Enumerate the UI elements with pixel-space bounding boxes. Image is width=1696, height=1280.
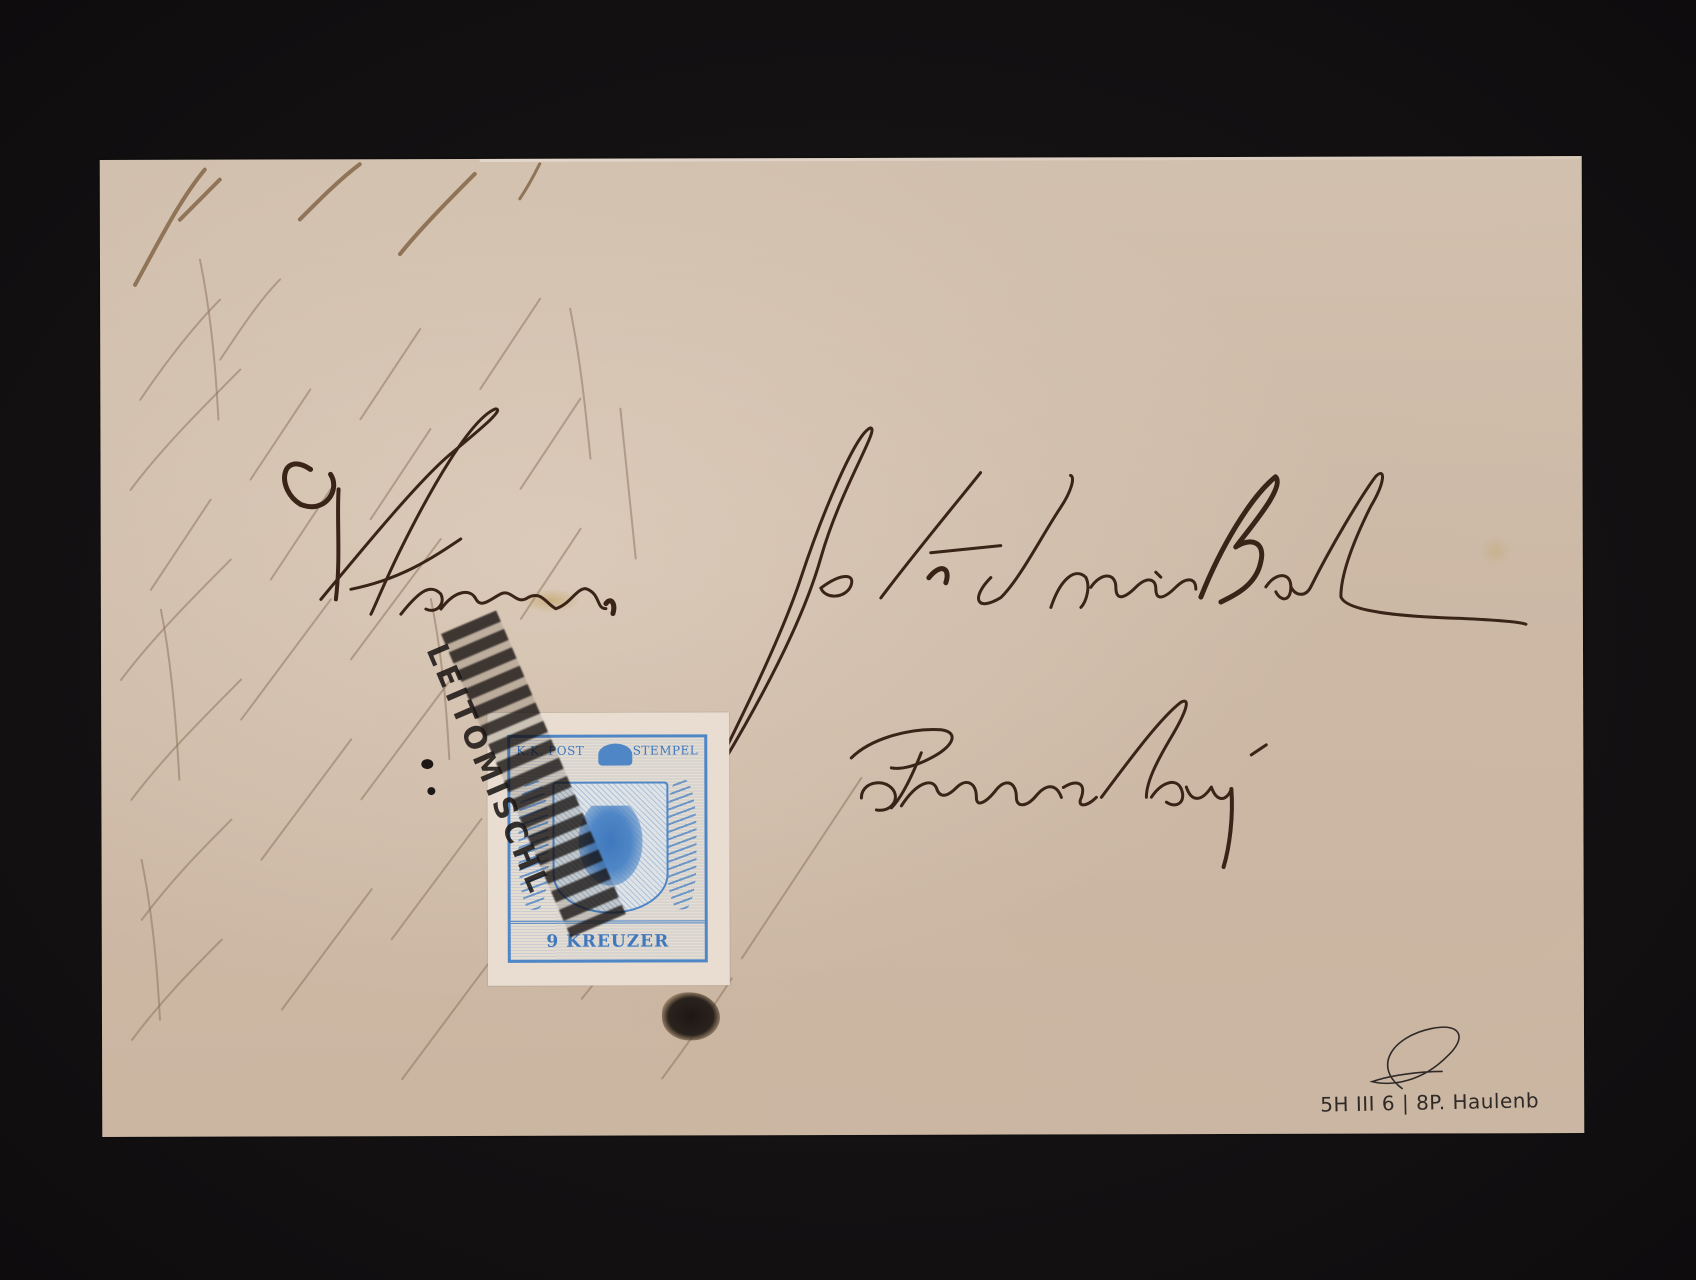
pencil-signature-loop <box>100 156 1585 1137</box>
pencil-expertise-note: 5H III 6 | 8P. Haulenb <box>1320 1088 1539 1116</box>
letter-cover: Herren J. A. Smeikal Prmislau K.K. POST … <box>100 156 1585 1137</box>
